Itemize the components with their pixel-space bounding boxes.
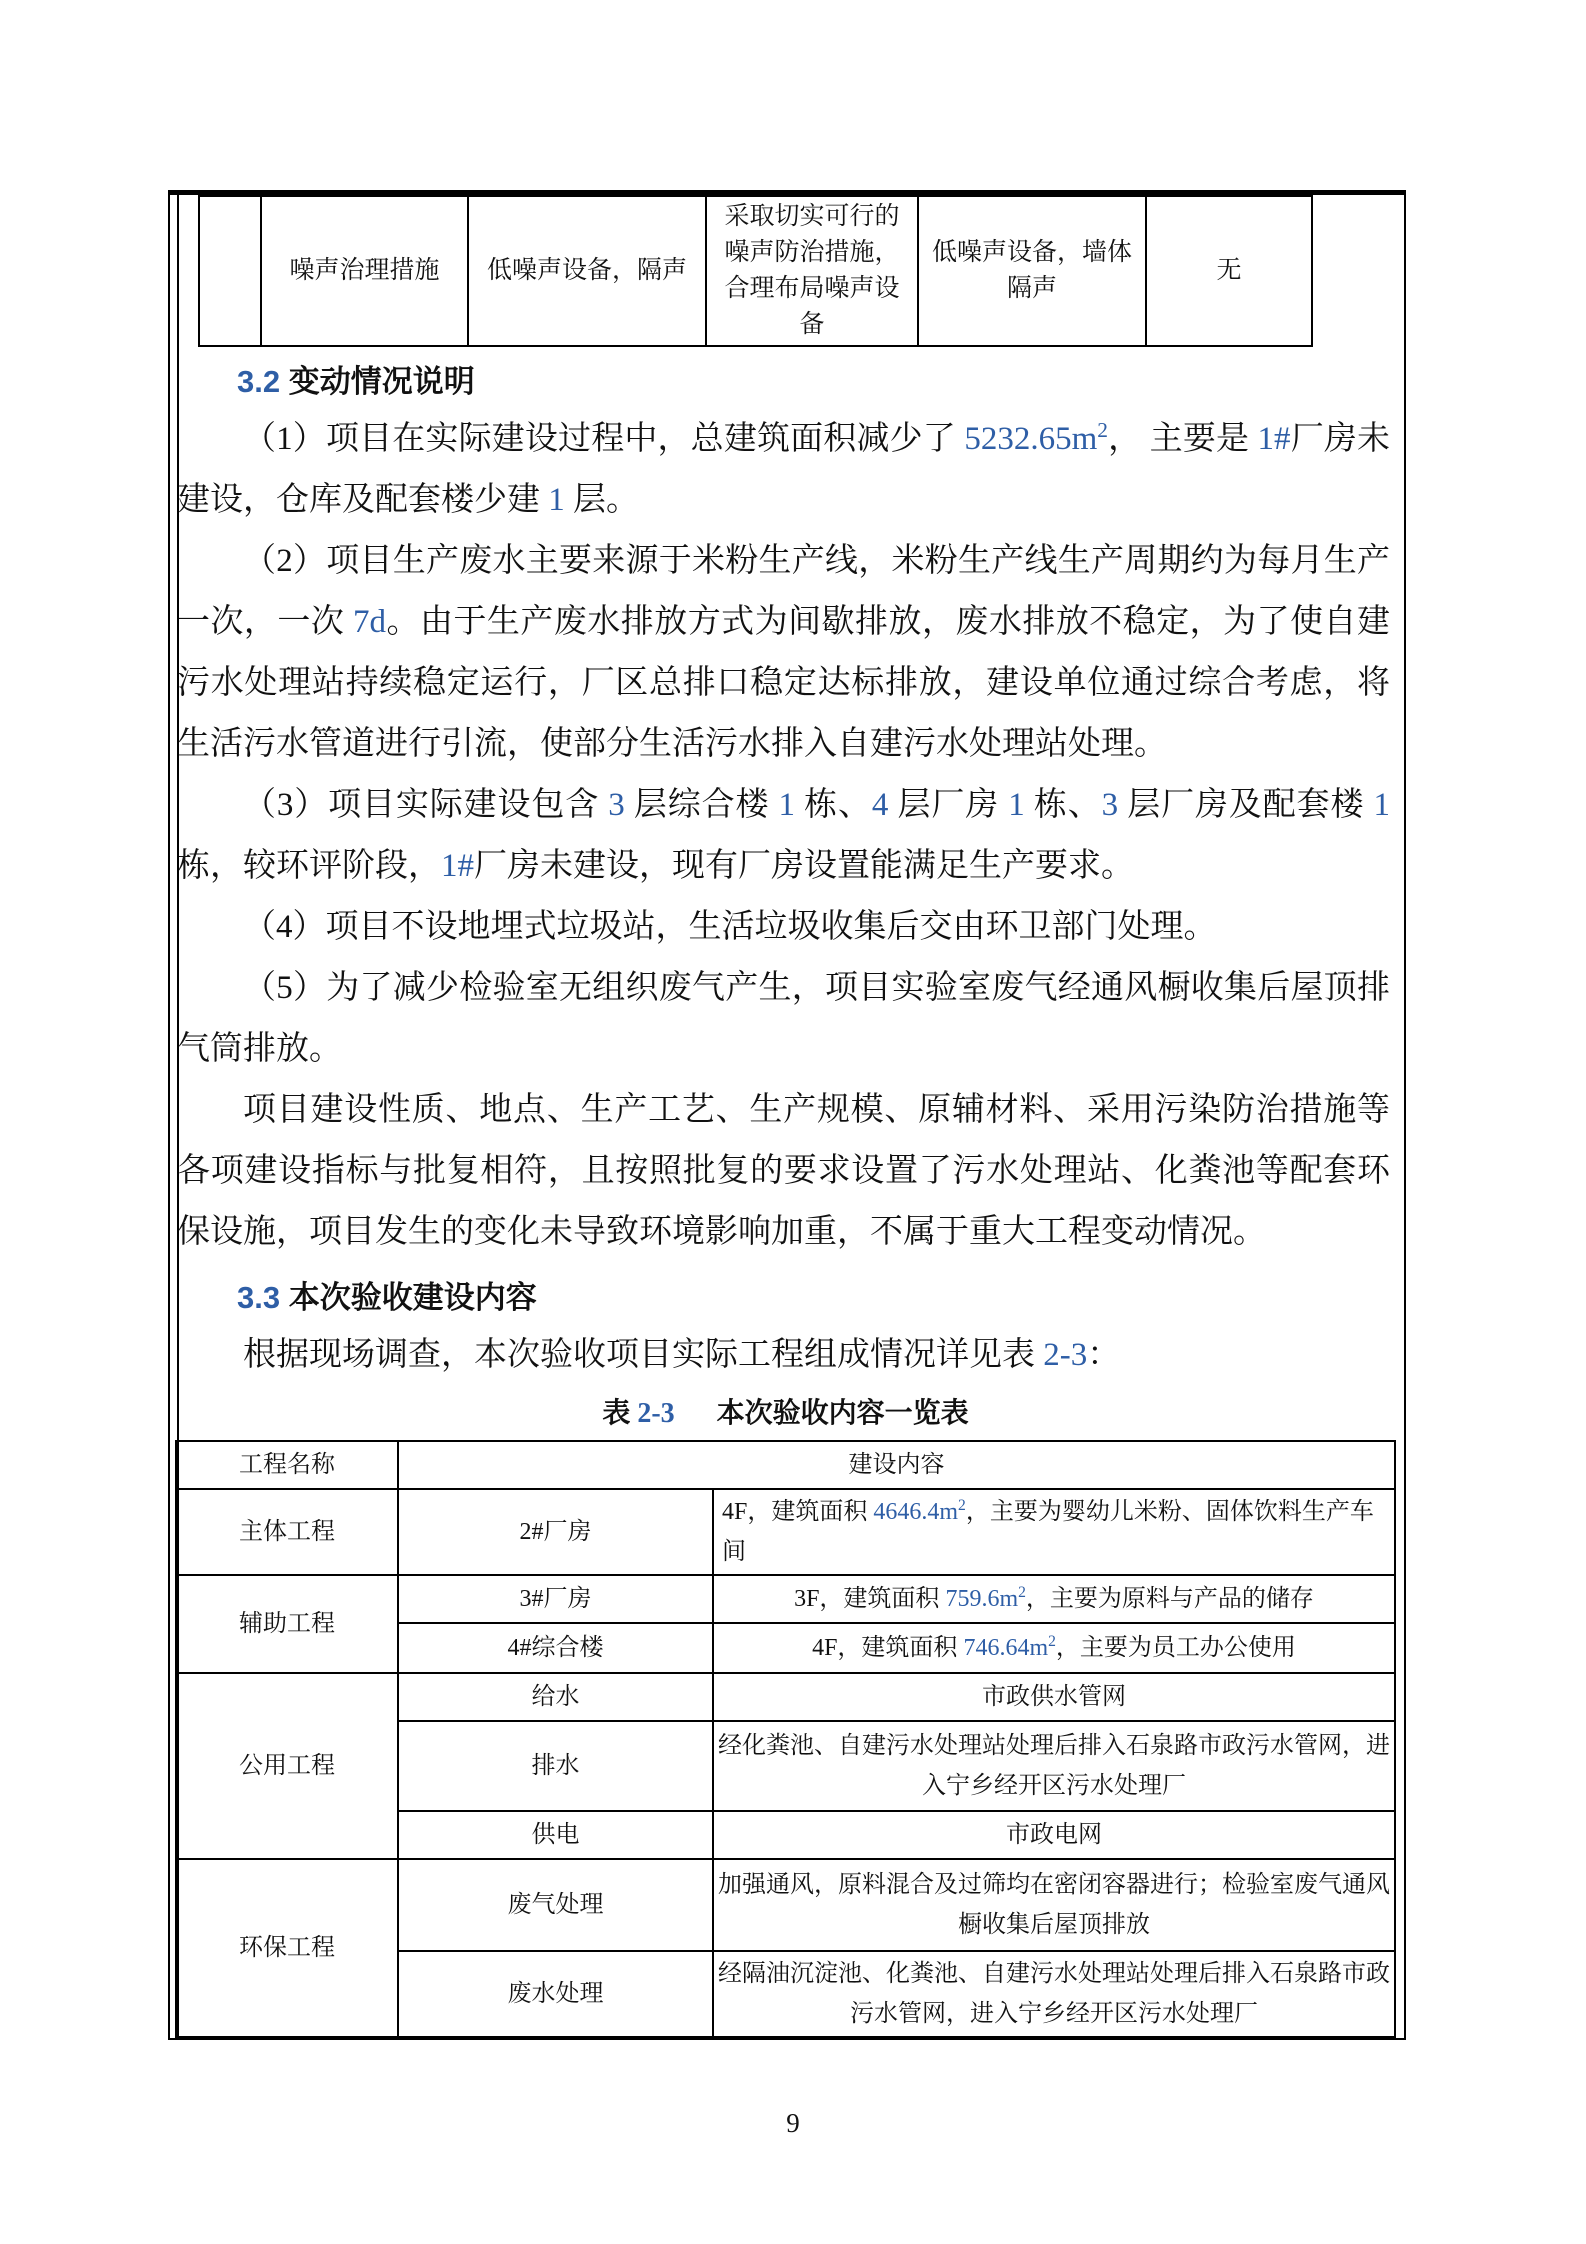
section-heading-3-2: 3.2 变动情况说明 (237, 359, 1396, 405)
noise-empty-cell (199, 196, 261, 346)
paragraph-4: （4）项目不设地埋式垃圾站，生活垃圾收集后交由环卫部门处理。 (175, 897, 1396, 958)
paragraph-3: （3）项目实际建设包含 3 层综合楼 1 栋、4 层厂房 1 栋、3 层厂房及配… (175, 775, 1396, 897)
group-main-works: 主体工程 (176, 1489, 398, 1575)
sub-factory-3: 3#厂房 (398, 1575, 713, 1623)
content-waste-water: 经隔油沉淀池、化粪池、自建污水处理站处理后排入石泉路市政污水管网，进入宁乡经开区… (713, 1951, 1395, 2037)
acceptance-content-table: 工程名称 建设内容 主体工程 2#厂房 4F，建筑面积 4646.4m2，主要为… (175, 1440, 1396, 2038)
noise-measure-label-cell: 噪声治理措施 (261, 196, 468, 346)
table-2-3-caption: 表 2-3 本次验收内容一览表 (175, 1394, 1396, 1434)
content-power-supply: 市政电网 (713, 1811, 1395, 1859)
table-row: 环保工程 废气处理 加强通风，原料混合及过筛均在密闭容器进行；检验室废气通风橱收… (176, 1859, 1395, 1951)
table-row: 公用工程 给水 市政供水管网 (176, 1673, 1395, 1721)
sub-waste-gas: 废气处理 (398, 1859, 713, 1951)
paragraph-2: （2）项目生产废水主要来源于米粉生产线，米粉生产线生产周期约为每月生产一次，一次… (175, 531, 1396, 775)
content-factory-3: 3F，建筑面积 759.6m2，主要为原料与产品的储存 (713, 1575, 1395, 1623)
content-water-supply: 市政供水管网 (713, 1673, 1395, 1721)
paragraph-summary: 项目建设性质、地点、生产工艺、生产规模、原辅材料、采用污染防治措施等各项建设指标… (175, 1080, 1396, 1263)
page-number: 9 (0, 2108, 1586, 2139)
body-text: 3.2 变动情况说明 （1）项目在实际建设过程中，总建筑面积减少了 5232.6… (170, 359, 1404, 2038)
noise-continuation-table: 噪声治理措施 低噪声设备，隔声 采取切实可行的噪声防治措施，合理布局噪声设备 低… (198, 195, 1313, 347)
sub-waste-water: 废水处理 (398, 1951, 713, 2037)
page-frame: 噪声治理措施 低噪声设备，隔声 采取切实可行的噪声防治措施，合理布局噪声设备 低… (168, 190, 1406, 2040)
content-building-4: 4F，建筑面积 746.64m2，主要为员工办公使用 (713, 1623, 1395, 1673)
content-factory-2: 4F，建筑面积 4646.4m2，主要为婴幼儿米粉、固体饮料生产车间 (713, 1489, 1395, 1575)
content-drainage: 经化粪池、自建污水处理站处理后排入石泉路市政污水管网，进入宁乡经开区污水处理厂 (713, 1721, 1395, 1811)
section-heading-3-3: 3.3 本次验收建设内容 (237, 1275, 1396, 1321)
noise-approved-measure-cell: 低噪声设备，隔声 (468, 196, 706, 346)
noise-change-cell: 无 (1146, 196, 1312, 346)
table-header-row: 工程名称 建设内容 (176, 1441, 1395, 1489)
sub-water-supply: 给水 (398, 1673, 713, 1721)
paragraph-1: （1）项目在实际建设过程中，总建筑面积减少了 5232.65m2， 主要是 1#… (175, 409, 1396, 531)
sub-factory-2: 2#厂房 (398, 1489, 713, 1575)
header-construction-content: 建设内容 (398, 1441, 1395, 1489)
group-environmental-works: 环保工程 (176, 1859, 398, 2037)
noise-row: 噪声治理措施 低噪声设备，隔声 采取切实可行的噪声防治措施，合理布局噪声设备 低… (199, 196, 1312, 346)
group-public-works: 公用工程 (176, 1673, 398, 1859)
content-waste-gas: 加强通风，原料混合及过筛均在密闭容器进行；检验室废气通风橱收集后屋顶排放 (713, 1859, 1395, 1951)
noise-actual-measure-cell: 低噪声设备，墙体隔声 (918, 196, 1146, 346)
table-row: 辅助工程 3#厂房 3F，建筑面积 759.6m2，主要为原料与产品的储存 (176, 1575, 1395, 1623)
sub-building-4: 4#综合楼 (398, 1623, 713, 1673)
sub-drainage: 排水 (398, 1721, 713, 1811)
noise-requirement-cell: 采取切实可行的噪声防治措施，合理布局噪声设备 (706, 196, 918, 346)
paragraph-5: （5）为了减少检验室无组织废气产生，项目实验室废气经通风橱收集后屋顶排气筒排放。 (175, 958, 1396, 1080)
header-project-name: 工程名称 (176, 1441, 398, 1489)
group-auxiliary-works: 辅助工程 (176, 1575, 398, 1673)
sub-power-supply: 供电 (398, 1811, 713, 1859)
document-page: { "colors": { "accent_blue": "#2e5ea6", … (0, 0, 1586, 2244)
paragraph-table-intro: 根据现场调查，本次验收项目实际工程组成情况详见表 2-3： (175, 1325, 1396, 1386)
table-row: 主体工程 2#厂房 4F，建筑面积 4646.4m2，主要为婴幼儿米粉、固体饮料… (176, 1489, 1395, 1575)
